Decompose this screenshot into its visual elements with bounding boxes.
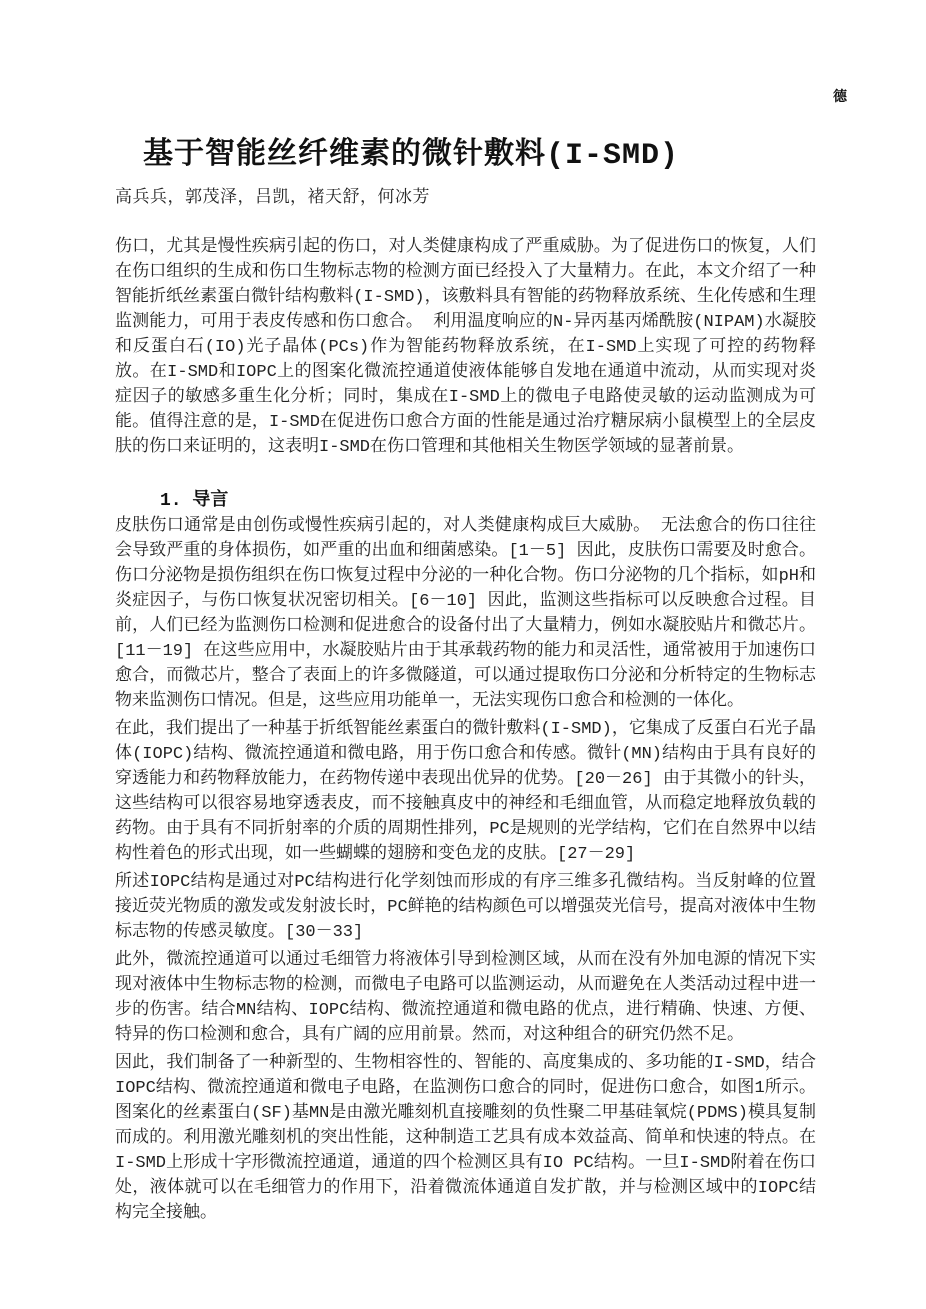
body-paragraph: 在此，我们提出了一种基于折纸智能丝素蛋白的微针敷料(I-SMD)，它集成了反蛋白…: [115, 717, 816, 867]
abstract-paragraph: 伤口，尤其是慢性疾病引起的伤口，对人类健康构成了严重威胁。为了促进伤口的恢复，人…: [115, 235, 816, 460]
body-paragraph: 皮肤伤口通常是由创伤或慢性疾病引起的，对人类健康构成巨大威胁。 无法愈合的伤口往…: [115, 514, 816, 714]
section-heading-introduction: 1. 导言: [115, 485, 816, 511]
paper-title: 基于智能丝纤维素的微针敷料(I-SMD): [115, 0, 816, 173]
authors-line: 高兵兵，郭茂泽，吕凯，褚天舒，何冰芳: [115, 182, 816, 208]
body-paragraph: 此外，微流控通道可以通过毛细管力将液体引导到检测区域，从而在没有外加电源的情况下…: [115, 948, 816, 1048]
document-content: 基于智能丝纤维素的微针敷料(I-SMD) 高兵兵，郭茂泽，吕凯，褚天舒，何冰芳 …: [115, 0, 816, 1226]
document-page: 德 基于智能丝纤维素的微针敷料(I-SMD) 高兵兵，郭茂泽，吕凯，褚天舒，何冰…: [0, 0, 926, 1309]
body-paragraph: 因此，我们制备了一种新型的、生物相容性的、智能的、高度集成的、多功能的I-SMD…: [115, 1051, 816, 1226]
body-paragraph: 所述IOPC结构是通过对PC结构进行化学刻蚀而形成的有序三维多孔微结构。当反射峰…: [115, 870, 816, 945]
corner-mark: 德: [833, 86, 847, 106]
